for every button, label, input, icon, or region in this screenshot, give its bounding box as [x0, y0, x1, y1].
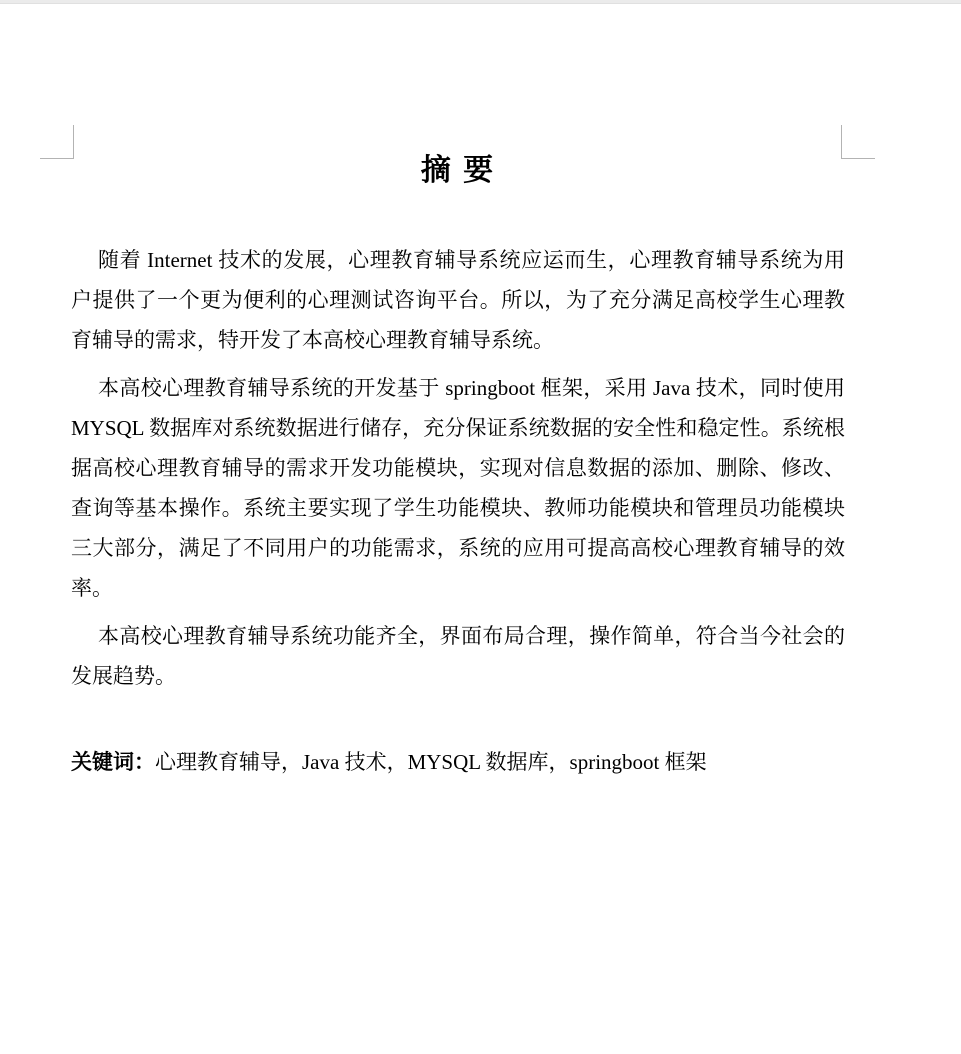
keywords-label: 关键词： — [71, 751, 155, 774]
abstract-paragraph-1: 随着 Internet 技术的发展，心理教育辅导系统应运而生，心理教育辅导系统为… — [71, 240, 845, 360]
abstract-paragraph-2: 本高校心理教育辅导系统的开发基于 springboot 框架，采用 Java 技… — [71, 368, 845, 608]
viewer-top-edge — [0, 0, 961, 4]
page-title: 摘 要 — [71, 150, 845, 192]
text-boundary-mark-right — [841, 125, 875, 159]
document-page: 摘 要 随着 Internet 技术的发展，心理教育辅导系统应运而生，心理教育辅… — [71, 150, 845, 783]
text-boundary-mark-left — [40, 125, 74, 159]
keywords-text: 心理教育辅导，Java 技术，MYSQL 数据库，springboot 框架 — [155, 750, 707, 774]
abstract-paragraph-3: 本高校心理教育辅导系统功能齐全，界面布局合理，操作简单，符合当今社会的发展趋势。 — [71, 616, 845, 696]
keywords-line: 关键词：心理教育辅导，Java 技术，MYSQL 数据库，springboot … — [71, 742, 845, 783]
